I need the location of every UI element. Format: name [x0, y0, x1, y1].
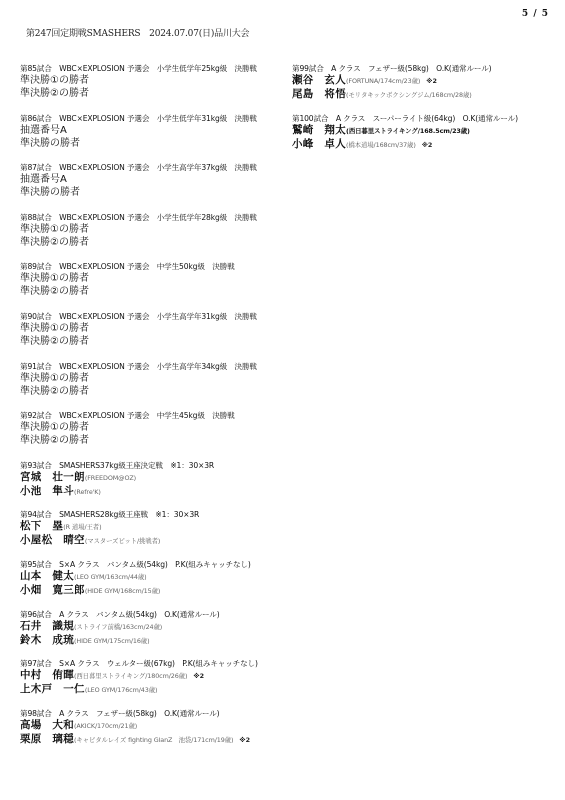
match-88: 第88試合 WBC×EXPLOSION 予選会 小学生低学年28kg級 決勝戦 … — [20, 212, 288, 262]
fighter-note: ※2 — [422, 141, 433, 149]
fighter-name: 尾島 将悟 — [292, 88, 346, 100]
fighter-detail: (橋本道場/168cm/37歳) — [346, 141, 416, 149]
fighter-name: 中村 侑暉 — [20, 669, 74, 681]
match-header: 第100試合 A クラス スーパーライト級(64kg) O.K(通常ルール) — [292, 113, 557, 124]
fighter-row: 栗原 璃穏(キャピタルレイズ fighting GlanZ 池袋/171cm/1… — [20, 733, 288, 747]
match-87: 第87試合 WBC×EXPLOSION 予選会 小学生高学年37kg級 決勝戦 … — [20, 162, 288, 212]
fighter-detail: (西日暮里ストライキング/168.5cm/23歳) — [346, 127, 470, 135]
entrant: 準決勝②の勝者 — [20, 87, 288, 100]
fighter-row: 松下 塁(R 道場/王者) — [20, 520, 288, 534]
fighter-detail: (西日暮里ストライキング/180cm/26歳) — [74, 672, 187, 680]
fighter-detail: (HIDE GYM/168cm/15歳) — [85, 587, 160, 595]
fighter-detail: (HIDE GYM/175cm/16歳) — [74, 637, 149, 645]
match-100: 第100試合 A クラス スーパーライト級(64kg) O.K(通常ルール) 鷲… — [292, 113, 557, 163]
fighter-row: 小畑 寛三郎(HIDE GYM/168cm/15歳) — [20, 584, 288, 598]
match-header: 第93試合 SMASHERS37kg級王座決定戦 ※1：30×3R — [20, 460, 288, 471]
right-column: 第99試合 A クラス フェザー級(58kg) O.K(通常ルール) 瀬谷 玄人… — [292, 63, 557, 162]
fighter-detail: (AKICK/170cm/21歳) — [74, 722, 137, 730]
entrant: 準決勝①の勝者 — [20, 272, 288, 285]
entrant: 準決勝①の勝者 — [20, 421, 288, 434]
fighter-row: 鷲崎 翔太(西日暮里ストライキング/168.5cm/23歳) — [292, 124, 557, 138]
fighter-name: 小畑 寛三郎 — [20, 584, 85, 596]
fighter-name: 山本 健太 — [20, 570, 74, 582]
entrant: 準決勝の勝者 — [20, 186, 288, 199]
match-92: 第92試合 WBC×EXPLOSION 予選会 中学生45kg級 決勝戦 準決勝… — [20, 410, 288, 460]
match-91: 第91試合 WBC×EXPLOSION 予選会 小学生高学年34kg級 決勝戦 … — [20, 361, 288, 411]
document-title: 第247回定期戦SMASHERS 2024.07.07(日)品川大会 — [26, 26, 249, 39]
fighter-name: 宮城 壮一朗 — [20, 471, 85, 483]
fighter-name: 鈴木 成琉 — [20, 634, 74, 646]
match-header: 第91試合 WBC×EXPLOSION 予選会 小学生高学年34kg級 決勝戦 — [20, 361, 288, 372]
fighter-name: 小池 隼斗 — [20, 485, 74, 497]
fighter-detail: (モリタキックボクシングジム/168cm/28歳) — [346, 91, 472, 99]
fighter-row: 小峰 卓人(橋本道場/168cm/37歳)※2 — [292, 138, 557, 152]
fighter-row: 小池 隼斗(Refre'K) — [20, 485, 288, 499]
entrant: 準決勝の勝者 — [20, 137, 288, 150]
page-number: 5 / 5 — [522, 9, 549, 19]
match-93: 第93試合 SMASHERS37kg級王座決定戦 ※1：30×3R 宮城 壮一朗… — [20, 460, 288, 510]
match-85: 第85試合 WBC×EXPLOSION 予選会 小学生低学年25kg級 決勝戦 … — [20, 63, 288, 113]
fighter-name: 松下 塁 — [20, 520, 63, 532]
match-header: 第99試合 A クラス フェザー級(58kg) O.K(通常ルール) — [292, 63, 557, 74]
match-89: 第89試合 WBC×EXPLOSION 予選会 中学生50kg級 決勝戦 準決勝… — [20, 261, 288, 311]
match-header: 第97試合 S×A クラス ウェルター級(67kg) P.K(組みキャッチなし) — [20, 658, 288, 669]
fighter-row: 尾島 将悟(モリタキックボクシングジム/168cm/28歳) — [292, 88, 557, 102]
fighter-name: 小屋松 晴空 — [20, 534, 85, 546]
fighter-note: ※2 — [239, 736, 250, 744]
fighter-note: ※2 — [193, 672, 204, 680]
fighter-detail: (FORTUNA/174cm/23歳) — [346, 77, 420, 85]
match-header: 第98試合 A クラス フェザー級(58kg) O.K(通常ルール) — [20, 708, 288, 719]
fighter-row: 宮城 壮一朗(FREEDOM@OZ) — [20, 471, 288, 485]
fighter-row: 小屋松 晴空(マスターズピット/挑戦者) — [20, 534, 288, 548]
entrant: 準決勝②の勝者 — [20, 385, 288, 398]
fighter-row: 上木戸 一仁(LEO GYM/176cm/43歳) — [20, 683, 288, 697]
entrant: 抽選番号A — [20, 124, 288, 137]
fighter-name: 鷲崎 翔太 — [292, 124, 346, 136]
entrant: 準決勝①の勝者 — [20, 223, 288, 236]
fighter-row: 鈴木 成琉(HIDE GYM/175cm/16歳) — [20, 634, 288, 648]
entrant: 準決勝①の勝者 — [20, 372, 288, 385]
match-header: 第94試合 SMASHERS28kg級王座戦 ※1：30×3R — [20, 509, 288, 520]
fighter-detail: (LEO GYM/163cm/44歳) — [74, 573, 147, 581]
match-header: 第89試合 WBC×EXPLOSION 予選会 中学生50kg級 決勝戦 — [20, 261, 288, 272]
match-94: 第94試合 SMASHERS28kg級王座戦 ※1：30×3R 松下 塁(R 道… — [20, 509, 288, 559]
fighter-row: 石井 識規(ストライフ前橋/163cm/24歳) — [20, 620, 288, 634]
match-99: 第99試合 A クラス フェザー級(58kg) O.K(通常ルール) 瀬谷 玄人… — [292, 63, 557, 113]
match-header: 第95試合 S×A クラス バンタム級(54kg) P.K(組みキャッチなし) — [20, 559, 288, 570]
match-header: 第85試合 WBC×EXPLOSION 予選会 小学生低学年25kg級 決勝戦 — [20, 63, 288, 74]
match-header: 第86試合 WBC×EXPLOSION 予選会 小学生低学年31kg級 決勝戦 — [20, 113, 288, 124]
fighter-name: 石井 識規 — [20, 620, 74, 632]
fighter-row: 山本 健太(LEO GYM/163cm/44歳) — [20, 570, 288, 584]
fighter-detail: (ストライフ前橋/163cm/24歳) — [74, 623, 162, 631]
entrant: 準決勝②の勝者 — [20, 285, 288, 298]
fighter-detail: (R 道場/王者) — [63, 523, 101, 531]
fighter-name: 上木戸 一仁 — [20, 683, 85, 695]
match-90: 第90試合 WBC×EXPLOSION 予選会 小学生高学年31kg級 決勝戦 … — [20, 311, 288, 361]
entrant: 準決勝②の勝者 — [20, 335, 288, 348]
match-header: 第87試合 WBC×EXPLOSION 予選会 小学生高学年37kg級 決勝戦 — [20, 162, 288, 173]
entrant: 準決勝①の勝者 — [20, 74, 288, 87]
left-column: 第85試合 WBC×EXPLOSION 予選会 小学生低学年25kg級 決勝戦 … — [20, 63, 288, 757]
fighter-name: 瀬谷 玄人 — [292, 74, 346, 86]
match-header: 第96試合 A クラス バンタム級(54kg) O.K(通常ルール) — [20, 609, 288, 620]
match-98: 第98試合 A クラス フェザー級(58kg) O.K(通常ルール) 高場 大和… — [20, 708, 288, 758]
fighter-detail: (FREEDOM@OZ) — [85, 474, 136, 482]
fighter-note: ※2 — [426, 77, 437, 85]
fighter-detail: (LEO GYM/176cm/43歳) — [85, 686, 158, 694]
fighter-detail: (マスターズピット/挑戦者) — [85, 537, 160, 545]
fighter-row: 高場 大和(AKICK/170cm/21歳) — [20, 719, 288, 733]
fighter-row: 中村 侑暉(西日暮里ストライキング/180cm/26歳)※2 — [20, 669, 288, 683]
fighter-detail: (キャピタルレイズ fighting GlanZ 池袋/171cm/19歳) — [74, 736, 233, 744]
match-95: 第95試合 S×A クラス バンタム級(54kg) P.K(組みキャッチなし) … — [20, 559, 288, 609]
entrant: 抽選番号A — [20, 173, 288, 186]
fighter-detail: (Refre'K) — [74, 488, 101, 496]
match-96: 第96試合 A クラス バンタム級(54kg) O.K(通常ルール) 石井 識規… — [20, 609, 288, 659]
match-header: 第88試合 WBC×EXPLOSION 予選会 小学生低学年28kg級 決勝戦 — [20, 212, 288, 223]
fighter-name: 高場 大和 — [20, 719, 74, 731]
entrant: 準決勝②の勝者 — [20, 434, 288, 447]
match-header: 第92試合 WBC×EXPLOSION 予選会 中学生45kg級 決勝戦 — [20, 410, 288, 421]
match-header: 第90試合 WBC×EXPLOSION 予選会 小学生高学年31kg級 決勝戦 — [20, 311, 288, 322]
fighter-name: 栗原 璃穏 — [20, 733, 74, 745]
fighter-row: 瀬谷 玄人(FORTUNA/174cm/23歳)※2 — [292, 74, 557, 88]
entrant: 準決勝①の勝者 — [20, 322, 288, 335]
match-97: 第97試合 S×A クラス ウェルター級(67kg) P.K(組みキャッチなし)… — [20, 658, 288, 708]
entrant: 準決勝②の勝者 — [20, 236, 288, 249]
match-86: 第86試合 WBC×EXPLOSION 予選会 小学生低学年31kg級 決勝戦 … — [20, 113, 288, 163]
fighter-name: 小峰 卓人 — [292, 138, 346, 150]
